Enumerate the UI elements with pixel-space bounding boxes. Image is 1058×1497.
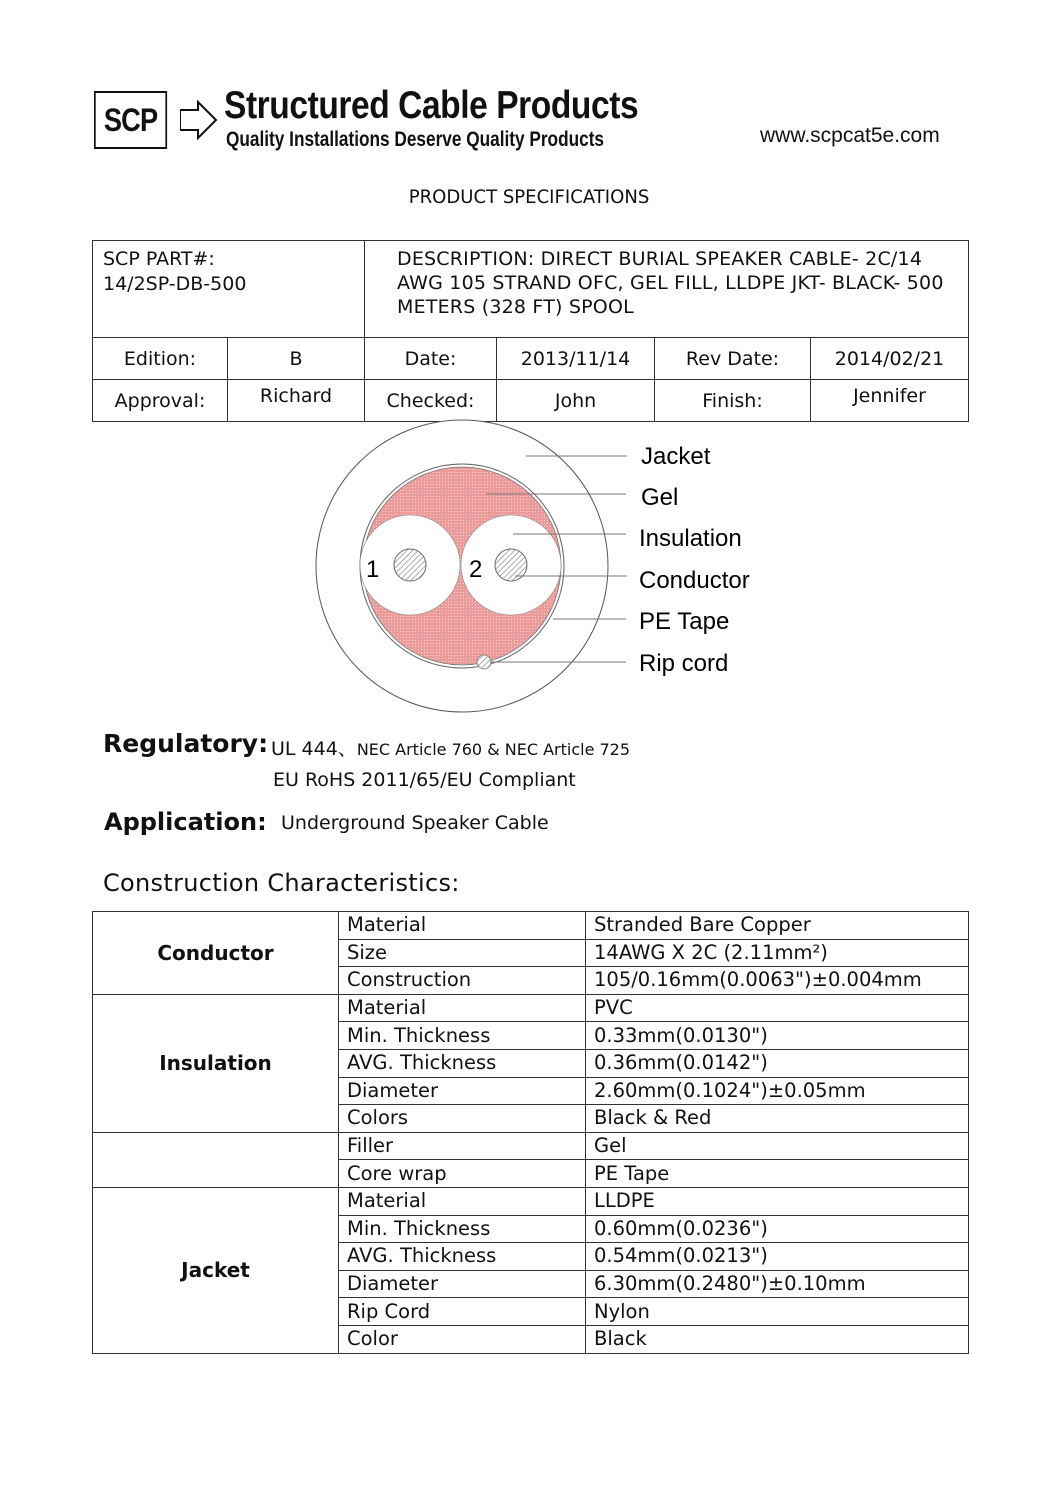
label-gel: Gel xyxy=(641,484,678,511)
part-label: SCP PART#: xyxy=(103,247,354,272)
table-row: FillerGel xyxy=(93,1132,969,1160)
value-cell: Gel xyxy=(586,1132,969,1160)
property-cell: Diameter xyxy=(339,1270,586,1298)
document-title: PRODUCT SPECIFICATIONS xyxy=(26,186,1031,208)
brand-tagline: Quality Installations Deserve Quality Pr… xyxy=(226,128,604,152)
property-cell: Min. Thickness xyxy=(339,1022,586,1050)
value-cell: 0.36mm(0.0142") xyxy=(586,1049,969,1077)
value-cell: PE Tape xyxy=(586,1160,969,1188)
table-row: InsulationMaterialPVC xyxy=(93,994,969,1022)
group-cell: Conductor xyxy=(93,912,339,995)
label-rip-cord: Rip cord xyxy=(639,650,728,677)
label-conductor: Conductor xyxy=(639,567,750,594)
property-cell: Filler xyxy=(339,1132,586,1160)
regulatory-nec: NEC Article 760 & NEC Article 725 xyxy=(357,740,630,759)
value-cell: Black & Red xyxy=(586,1105,969,1133)
rev-date-value: 2014/02/21 xyxy=(811,338,969,380)
value-cell: 2.60mm(0.1024")±0.05mm xyxy=(586,1077,969,1105)
regulatory-ul: UL 444、 xyxy=(271,738,357,760)
value-cell: 105/0.16mm(0.0063")±0.004mm xyxy=(586,967,969,995)
value-cell: 0.33mm(0.0130") xyxy=(586,1022,969,1050)
property-cell: Diameter xyxy=(339,1077,586,1105)
description-cell: DESCRIPTION: DIRECT BURIAL SPEAKER CABLE… xyxy=(365,241,969,338)
brand-title: Structured Cable Products xyxy=(224,84,638,128)
description-line: AWG 105 STRAND OFC, GEL FILL, LLDPE JKT-… xyxy=(397,271,968,295)
property-cell: Color xyxy=(339,1325,586,1353)
group-cell xyxy=(93,1132,339,1187)
arrow-icon xyxy=(180,100,220,140)
property-cell: Core wrap xyxy=(339,1160,586,1188)
date-label: Date: xyxy=(365,338,497,380)
value-cell: LLDPE xyxy=(586,1187,969,1215)
regulatory-label: Regulatory: xyxy=(103,729,268,758)
property-cell: AVG. Thickness xyxy=(339,1243,586,1271)
rip-cord xyxy=(477,655,491,669)
property-cell: Material xyxy=(339,994,586,1022)
application-label: Application: xyxy=(104,808,267,836)
edition-label: Edition: xyxy=(93,338,228,380)
finish-name: Jennifer xyxy=(853,385,926,407)
group-cell: Jacket xyxy=(93,1187,339,1353)
finish-value: Jennifer xyxy=(811,380,969,422)
conductor-1 xyxy=(394,549,426,581)
property-cell: Material xyxy=(339,1187,586,1215)
value-cell: 14AWG X 2C (2.11mm²) xyxy=(586,939,969,967)
value-cell: Black xyxy=(586,1325,969,1353)
value-cell: 0.60mm(0.0236") xyxy=(586,1215,969,1243)
conductor-number-1: 1 xyxy=(366,556,379,583)
property-cell: Min. Thickness xyxy=(339,1215,586,1243)
part-number: 14/2SP-DB-500 xyxy=(103,272,354,297)
regulatory-line-1: UL 444、NEC Article 760 & NEC Article 725 xyxy=(271,734,630,761)
group-cell: Insulation xyxy=(93,994,339,1132)
value-cell: Stranded Bare Copper xyxy=(586,912,969,940)
logo-text: SCP xyxy=(104,102,157,139)
edition-value: B xyxy=(228,338,365,380)
property-cell: Size xyxy=(339,939,586,967)
conductor-number-2: 2 xyxy=(469,556,482,583)
label-jacket: Jacket xyxy=(641,443,711,470)
property-cell: Rip Cord xyxy=(339,1298,586,1326)
table-row: ConductorMaterialStranded Bare Copper xyxy=(93,912,969,940)
website-link[interactable]: www.scpcat5e.com xyxy=(760,124,940,148)
value-cell: 6.30mm(0.2480")±0.10mm xyxy=(586,1270,969,1298)
table-row: JacketMaterialLLDPE xyxy=(93,1187,969,1215)
part-number-cell: SCP PART#: 14/2SP-DB-500 xyxy=(93,241,365,338)
construction-title: Construction Characteristics: xyxy=(103,869,460,897)
date-value: 2013/11/14 xyxy=(497,338,655,380)
regulatory-line-2: EU RoHS 2011/65/EU Compliant xyxy=(273,769,576,791)
value-cell: 0.54mm(0.0213") xyxy=(586,1243,969,1271)
approval-label: Approval: xyxy=(93,380,228,422)
application-value: Underground Speaker Cable xyxy=(281,812,549,834)
approval-name: Richard xyxy=(260,385,332,407)
property-cell: Material xyxy=(339,912,586,940)
description-line: METERS (328 FT) SPOOL xyxy=(397,295,968,319)
property-cell: Colors xyxy=(339,1105,586,1133)
label-insulation: Insulation xyxy=(639,525,742,552)
property-cell: Construction xyxy=(339,967,586,995)
rev-date-label: Rev Date: xyxy=(655,338,811,380)
construction-table: ConductorMaterialStranded Bare CopperSiz… xyxy=(92,911,969,1354)
property-cell: AVG. Thickness xyxy=(339,1049,586,1077)
value-cell: Nylon xyxy=(586,1298,969,1326)
cable-cross-section-diagram: 1 2 Jacket Gel Insulation Conductor PE T… xyxy=(310,415,780,715)
product-info-table: SCP PART#: 14/2SP-DB-500 DESCRIPTION: DI… xyxy=(92,240,969,422)
scp-logo: SCP xyxy=(94,91,167,149)
value-cell: PVC xyxy=(586,994,969,1022)
label-pe-tape: PE Tape xyxy=(639,608,729,635)
description-line: DESCRIPTION: DIRECT BURIAL SPEAKER CABLE… xyxy=(397,247,968,271)
